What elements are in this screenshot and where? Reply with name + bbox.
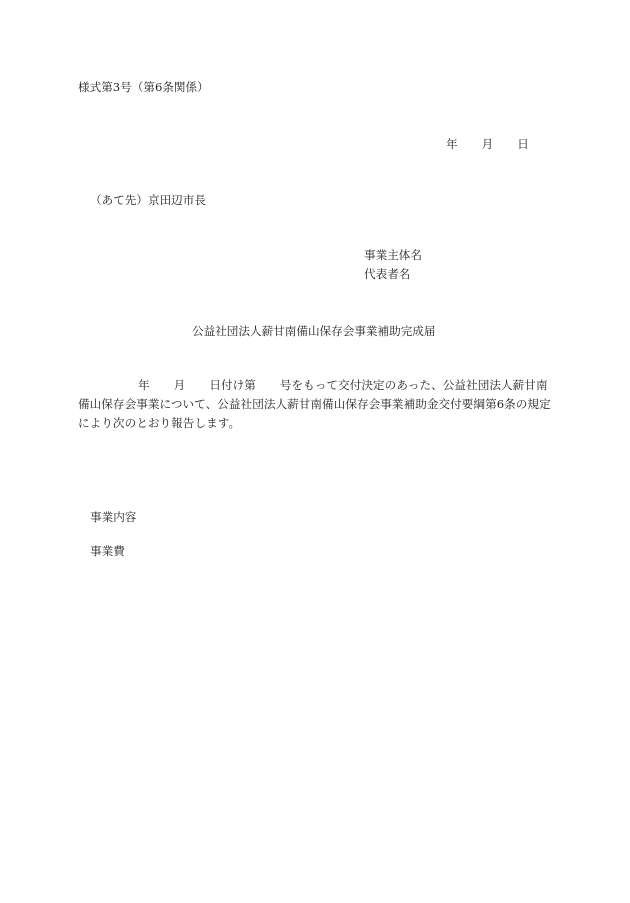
- body-day-label: 日付け第: [209, 378, 256, 392]
- body-line-1: 年月日付け第号をもって交付決定のあった、公益社団法人薪甘南: [78, 376, 554, 395]
- body-month-label: 月: [174, 378, 186, 392]
- date-month-label: 月: [482, 135, 494, 154]
- addressee: （あて先）京田辺市長: [90, 191, 206, 210]
- date-year-label: 年: [446, 135, 458, 154]
- item-project-content: 事業内容: [90, 508, 136, 527]
- body-line-2: 備山保存会事業について、公益社団法人薪甘南備山保存会事業補助金交付要綱第6条の規…: [78, 395, 554, 414]
- body-year-label: 年: [138, 378, 150, 392]
- applicant-block: 事業主体名 代表者名: [364, 246, 422, 284]
- body-number-label: 号をもって交付決定のあった、公益社団法人薪甘南: [280, 378, 548, 392]
- document-title: 公益社団法人薪甘南備山保存会事業補助完成届: [192, 322, 435, 341]
- body-line-3: により次のとおり報告します。: [78, 414, 554, 433]
- form-number: 様式第3号（第6条関係）: [78, 78, 209, 97]
- representative-name-label: 代表者名: [364, 265, 422, 284]
- entity-name-label: 事業主体名: [364, 246, 422, 265]
- item-project-cost: 事業費: [90, 542, 136, 561]
- date-day-label: 日: [517, 135, 529, 154]
- report-items: 事業内容 事業費: [90, 508, 136, 561]
- date-line: 年月日: [446, 135, 529, 154]
- body-paragraph: 年月日付け第号をもって交付決定のあった、公益社団法人薪甘南 備山保存会事業につい…: [78, 376, 554, 433]
